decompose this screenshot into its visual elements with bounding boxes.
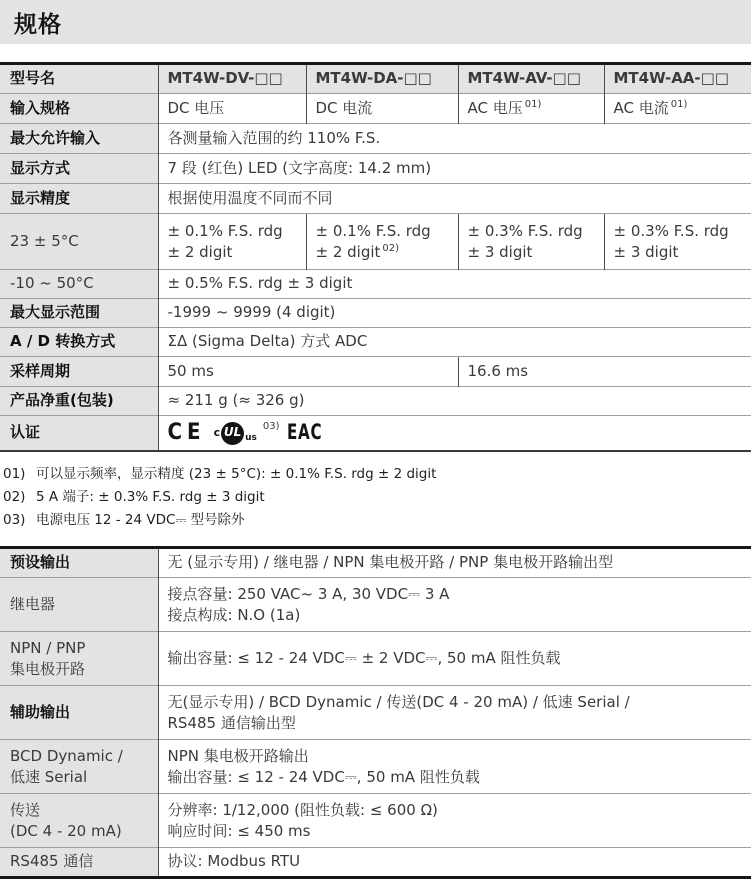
row-label-transmission: 传送 (DC 4 - 20 mA) (0, 794, 158, 848)
cell-text: NPN 集电极开路输出 (168, 746, 743, 767)
certification-logos: CE c UL us 03) EAC (168, 420, 743, 446)
row-bcd-serial: BCD Dynamic / 低速 Serial NPN 集电极开路输出 输出容量… (0, 740, 751, 794)
row-weight: 产品净重(包装) ≈ 211 g (≈ 326 g) (0, 387, 751, 416)
label-line: 传送 (10, 800, 149, 821)
accuracy-cell: 根据使用温度不同而不同 (158, 184, 751, 214)
transmission-cell: 分辨率: 1/12,000 (阻性负载: ≤ 600 Ω) 响应时间: ≤ 45… (158, 794, 751, 848)
input-cell-av: AC 电压01) (458, 94, 604, 124)
aux-output-cell: 无(显示专用) / BCD Dynamic / 传送(DC 4 - 20 mA)… (158, 686, 751, 740)
row-model: 型号名 MT4W-DV-□□ MT4W-DA-□□ MT4W-AV-□□ MT4… (0, 64, 751, 94)
model-cell-dv: MT4W-DV-□□ (158, 64, 306, 94)
footnote-text: 可以显示频率，显示精度 (23 ± 5°C): ± 0.1% F.S. rdg … (36, 463, 436, 486)
cell-text: 7 段 (红色) LED (文字高度: 14.2 mm) (168, 159, 432, 177)
cell-text: DC 电压 (168, 99, 225, 117)
cell-text: ± 2 digit02) (316, 242, 449, 263)
ce-mark-icon: CE (168, 418, 206, 447)
bcd-serial-cell: NPN 集电极开路输出 输出容量: ≤ 12 - 24 VDC⎓, 50 mA … (158, 740, 751, 794)
model-cell-av: MT4W-AV-□□ (458, 64, 604, 94)
rs485-cell: 协议: Modbus RTU (158, 848, 751, 878)
row-preset-output: 预设输出 无 (显示专用) / 继电器 / NPN 集电极开路 / PNP 集电… (0, 548, 751, 578)
row-max-display: 最大显示范围 -1999 ~ 9999 (4 digit) (0, 299, 751, 328)
row-certification: 认证 CE c UL us 03) EAC (0, 416, 751, 452)
page-title: 规格 (14, 6, 62, 39)
row-aux-output: 辅助输出 无(显示专用) / BCD Dynamic / 传送(DC 4 - 2… (0, 686, 751, 740)
footnote-number: 03) (3, 509, 36, 532)
row-label-aux-output: 辅助输出 (0, 686, 158, 740)
sampling-cell-ac: 16.6 ms (458, 357, 751, 387)
weight-cell: ≈ 211 g (≈ 326 g) (158, 387, 751, 416)
input-cell-dv: DC 电压 (158, 94, 306, 124)
cell-text: ± 0.5% F.S. rdg ± 3 digit (168, 274, 353, 292)
footnote-03: 03) 电源电压 12 - 24 VDC⎓ 型号除外 (3, 509, 751, 532)
cell-text: 接点构成: N.O (1a) (168, 605, 743, 626)
cell-text: 响应时间: ≤ 450 ms (168, 821, 743, 842)
input-cell-aa: AC 电流01) (604, 94, 751, 124)
footnote-01: 01) 可以显示频率，显示精度 (23 ± 5°C): ± 0.1% F.S. … (3, 463, 751, 486)
output-table: 预设输出 无 (显示专用) / 继电器 / NPN 集电极开路 / PNP 集电… (0, 546, 751, 879)
npn-pnp-cell: 输出容量: ≤ 12 - 24 VDC⎓ ± 2 VDC⎓, 50 mA 阻性负… (158, 632, 751, 686)
footnote-02: 02) 5 A 端子: ± 0.3% F.S. rdg ± 3 digit (3, 486, 751, 509)
cell-text: ± 0.1% F.S. rdg (168, 221, 297, 242)
cell-text: 根据使用温度不同而不同 (168, 189, 333, 207)
row-label-adc: A / D 转换方式 (0, 328, 158, 357)
cell-text: ± 0.3% F.S. rdg (468, 221, 595, 242)
row-max-input: 最大允许输入 各测量输入范围的约 110% F.S. (0, 124, 751, 154)
row-input-spec: 输入规格 DC 电压 DC 电流 AC 电压01) AC 电流01) (0, 94, 751, 124)
footnote-number: 01) (3, 463, 36, 486)
cell-text: 无 (显示专用) / 继电器 / NPN 集电极开路 / PNP 集电极开路输出… (168, 553, 614, 571)
footnotes: 01) 可以显示频率，显示精度 (23 ± 5°C): ± 0.1% F.S. … (0, 452, 751, 546)
footnote-number: 02) (3, 486, 36, 509)
cell-text: ≈ 211 g (≈ 326 g) (168, 391, 305, 409)
row-accuracy-23c: 23 ± 5°C ± 0.1% F.S. rdg ± 2 digit ± 0.1… (0, 214, 751, 270)
row-label-rs485: RS485 通信 (0, 848, 158, 878)
cell-text: ΣΔ (Sigma Delta) 方式 ADC (168, 332, 368, 350)
row-label-model: 型号名 (0, 64, 158, 94)
row-label-certification: 认证 (0, 416, 158, 452)
relay-cell: 接点容量: 250 VAC~ 3 A, 30 VDC⎓ 3 A 接点构成: N.… (158, 578, 751, 632)
row-rs485: RS485 通信 协议: Modbus RTU (0, 848, 751, 878)
cell-text: ± 3 digit (614, 242, 743, 263)
row-label-accuracy: 显示精度 (0, 184, 158, 214)
cell-text: -1999 ~ 9999 (4 digit) (168, 303, 336, 321)
cell-text: 各测量输入范围的约 110% F.S. (168, 129, 381, 147)
row-label-temp-range: -10 ~ 50°C (0, 270, 158, 299)
row-transmission: 传送 (DC 4 - 20 mA) 分辨率: 1/12,000 (阻性负载: ≤… (0, 794, 751, 848)
acc23-cell-av: ± 0.3% F.S. rdg ± 3 digit (458, 214, 604, 270)
row-relay: 继电器 接点容量: 250 VAC~ 3 A, 30 VDC⎓ 3 A 接点构成… (0, 578, 751, 632)
max-input-cell: 各测量输入范围的约 110% F.S. (158, 124, 751, 154)
spec-table: 型号名 MT4W-DV-□□ MT4W-DA-□□ MT4W-AV-□□ MT4… (0, 62, 751, 452)
page-title-band: 规格 (0, 0, 751, 44)
label-line: BCD Dynamic / (10, 746, 149, 767)
label-line: 集电极开路 (10, 659, 149, 680)
cell-text: 分辨率: 1/12,000 (阻性负载: ≤ 600 Ω) (168, 800, 743, 821)
cell-text: 协议: Modbus RTU (168, 852, 301, 870)
cell-text: 输出容量: ≤ 12 - 24 VDC⎓, 50 mA 阻性负载 (168, 767, 743, 788)
footnote-ref: 02) (382, 243, 399, 254)
preset-output-cell: 无 (显示专用) / 继电器 / NPN 集电极开路 / PNP 集电极开路输出… (158, 548, 751, 578)
cell-text: RS485 通信输出型 (168, 713, 743, 734)
ul-core-label: UL (221, 422, 244, 445)
model-name: MT4W-AV-□□ (468, 69, 581, 87)
adc-cell: ΣΔ (Sigma Delta) 方式 ADC (158, 328, 751, 357)
cell-text: ± 3 digit (468, 242, 595, 263)
row-label-preset-output: 预设输出 (0, 548, 158, 578)
ul-mark-icon: c UL us (214, 422, 257, 445)
sampling-cell-dc: 50 ms (158, 357, 458, 387)
label-line: 低速 Serial (10, 767, 149, 788)
footnote-ref: 03) (263, 420, 280, 433)
cell-text: 50 ms (168, 362, 214, 380)
acc23-cell-aa: ± 0.3% F.S. rdg ± 3 digit (604, 214, 751, 270)
eac-mark-icon: EAC (287, 419, 322, 447)
ul-us-label: us (245, 433, 257, 445)
ul-c-label: c (214, 426, 221, 441)
footnote-text: 电源电压 12 - 24 VDC⎓ 型号除外 (36, 509, 245, 532)
model-cell-aa: MT4W-AA-□□ (604, 64, 751, 94)
row-label-max-input: 最大允许输入 (0, 124, 158, 154)
row-label-23c: 23 ± 5°C (0, 214, 158, 270)
cell-text: AC 电压 (468, 99, 523, 117)
model-name: MT4W-DV-□□ (168, 69, 283, 87)
row-display-accuracy: 显示精度 根据使用温度不同而不同 (0, 184, 751, 214)
acc-range-cell: ± 0.5% F.S. rdg ± 3 digit (158, 270, 751, 299)
row-accuracy-range: -10 ~ 50°C ± 0.5% F.S. rdg ± 3 digit (0, 270, 751, 299)
row-sampling: 采样周期 50 ms 16.6 ms (0, 357, 751, 387)
cell-text: 接点容量: 250 VAC~ 3 A, 30 VDC⎓ 3 A (168, 584, 743, 605)
row-label-max-display: 最大显示范围 (0, 299, 158, 328)
label-line: NPN / PNP (10, 638, 149, 659)
cell-text: ± 0.1% F.S. rdg (316, 221, 449, 242)
acc23-cell-da: ± 0.1% F.S. rdg ± 2 digit02) (306, 214, 458, 270)
display-method-cell: 7 段 (红色) LED (文字高度: 14.2 mm) (158, 154, 751, 184)
row-label-bcd-serial: BCD Dynamic / 低速 Serial (0, 740, 158, 794)
row-label-npn-pnp: NPN / PNP 集电极开路 (0, 632, 158, 686)
label-line: (DC 4 - 20 mA) (10, 821, 149, 842)
max-display-cell: -1999 ~ 9999 (4 digit) (158, 299, 751, 328)
input-cell-da: DC 电流 (306, 94, 458, 124)
footnote-ref: 01) (525, 99, 542, 110)
row-label-weight: 产品净重(包装) (0, 387, 158, 416)
row-label-display: 显示方式 (0, 154, 158, 184)
cell-text: ± 2 digit (316, 243, 381, 261)
model-name: MT4W-AA-□□ (614, 69, 729, 87)
row-label-sampling: 采样周期 (0, 357, 158, 387)
footnote-ref: 01) (671, 99, 688, 110)
cell-text: 无(显示专用) / BCD Dynamic / 传送(DC 4 - 20 mA)… (168, 692, 743, 713)
model-name: MT4W-DA-□□ (316, 69, 432, 87)
model-cell-da: MT4W-DA-□□ (306, 64, 458, 94)
row-label-input: 输入规格 (0, 94, 158, 124)
row-adc: A / D 转换方式 ΣΔ (Sigma Delta) 方式 ADC (0, 328, 751, 357)
cell-text: AC 电流 (614, 99, 669, 117)
cell-text: ± 0.3% F.S. rdg (614, 221, 743, 242)
cell-text: DC 电流 (316, 99, 373, 117)
certification-cell: CE c UL us 03) EAC (158, 416, 751, 452)
row-npn-pnp: NPN / PNP 集电极开路 输出容量: ≤ 12 - 24 VDC⎓ ± 2… (0, 632, 751, 686)
acc23-cell-dv: ± 0.1% F.S. rdg ± 2 digit (158, 214, 306, 270)
cell-text: 输出容量: ≤ 12 - 24 VDC⎓ ± 2 VDC⎓, 50 mA 阻性负… (168, 649, 561, 667)
footnote-text: 5 A 端子: ± 0.3% F.S. rdg ± 3 digit (36, 486, 265, 509)
row-display-method: 显示方式 7 段 (红色) LED (文字高度: 14.2 mm) (0, 154, 751, 184)
row-label-relay: 继电器 (0, 578, 158, 632)
cell-text: 16.6 ms (468, 362, 529, 380)
cell-text: ± 2 digit (168, 242, 297, 263)
